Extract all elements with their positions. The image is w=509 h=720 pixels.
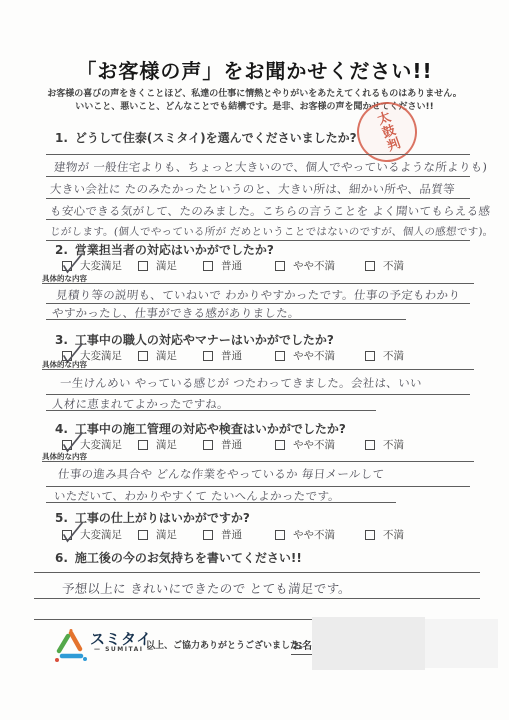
q2-handwritten-line-1: 見積り等の説明も、ていねいで わかりやすかったです。仕事の予定もわかり [55, 287, 461, 303]
customer-survey-form: 「お客様の声」をお聞かせください!! お客様の喜びの声をきくことほど、私達の仕事… [0, 0, 509, 720]
checkbox-unchecked[interactable] [365, 440, 375, 450]
checkbox-unchecked[interactable] [365, 261, 375, 271]
subtitle-line-1: お客様の喜びの声をきくことほど、私達の仕事に情熱とやりがいをあたえてくれるものは… [0, 88, 509, 101]
check-mark-icon [60, 520, 84, 544]
q5-option-very-satisfied[interactable]: 大変満足 [62, 527, 122, 542]
answer-rule [46, 303, 470, 304]
q2-option-dissatisfied[interactable]: 不満 [365, 258, 404, 273]
subtitle-line-2: いいこと、悪いこと、どんなことでも結構です。是非、お客様の声を聞かせてください!… [0, 101, 509, 114]
name-redaction-box [425, 619, 498, 668]
checkbox-unchecked[interactable] [203, 351, 213, 361]
checkbox-checked[interactable] [62, 261, 72, 271]
checkbox-checked[interactable] [62, 440, 72, 450]
form-subtitle: お客様の喜びの声をきくことほど、私達の仕事に情熱とやりがいをあたえてくれるものは… [0, 88, 509, 114]
question-4-text: 工事中の施工管理の対応や検査はいかがでしたか? [75, 422, 346, 436]
question-1-number: 1. [55, 131, 68, 145]
q4-option-dissatisfied[interactable]: 不満 [365, 437, 404, 452]
answer-rule [46, 198, 470, 199]
answer-rule [42, 369, 474, 370]
check-mark-icon [60, 251, 84, 275]
q2-rating-options: 大変満足 満足 普通 やや不満 不満 [0, 258, 509, 274]
answer-rule [46, 502, 396, 503]
question-6-text: 施工後の今のお気持ちを書いてください!! [75, 551, 302, 565]
q4-handwritten-line-1: 仕事の進み具合や どんな作業をやっているか 毎日メールして [57, 466, 385, 482]
question-1-text: どうして住泰(スミタイ)を選んでくださいましたか? [75, 131, 357, 145]
name-redaction-box [312, 617, 425, 670]
checkbox-unchecked[interactable] [275, 351, 285, 361]
checkbox-unchecked[interactable] [203, 440, 213, 450]
check-mark-icon [60, 430, 84, 454]
q5-option-somewhat-dissatisfied[interactable]: やや不満 [275, 527, 335, 542]
q4-option-satisfied[interactable]: 満足 [138, 437, 177, 452]
answer-rule [34, 572, 480, 573]
answer-rule [46, 154, 470, 155]
checkbox-unchecked[interactable] [275, 261, 285, 271]
question-6-number: 6. [55, 551, 68, 565]
checkbox-unchecked[interactable] [365, 351, 375, 361]
q2-option-somewhat-dissatisfied[interactable]: やや不満 [275, 258, 335, 273]
question-3: 3.工事中の職人の対応やマナーはいかがでしたか? [55, 331, 334, 348]
checkbox-unchecked[interactable] [365, 530, 375, 540]
answer-rule [46, 486, 470, 487]
q1-handwritten-line-3: も安心できる気がして、たのみました。こちらの言うことを よく聞いてもらえる感 [49, 203, 491, 219]
q5-rating-options: 大変満足 満足 普通 やや不満 不満 [0, 527, 509, 543]
sumitai-logo-icon [54, 629, 88, 665]
form-title: 「お客様の声」をお聞かせください!! [0, 55, 509, 84]
checkbox-unchecked[interactable] [138, 351, 148, 361]
checkbox-unchecked[interactable] [203, 261, 213, 271]
answer-rule [34, 598, 480, 599]
checkbox-unchecked[interactable] [275, 530, 285, 540]
q2-option-very-satisfied[interactable]: 大変満足 [62, 258, 122, 273]
q3-option-dissatisfied[interactable]: 不満 [365, 348, 404, 363]
checkbox-unchecked[interactable] [275, 440, 285, 450]
stamp-text: 太鼓判 [374, 110, 401, 154]
q2-option-neutral[interactable]: 普通 [203, 258, 242, 273]
q5-option-neutral[interactable]: 普通 [203, 527, 242, 542]
answer-rule [46, 319, 406, 320]
q1-handwritten-line-1: 建物が 一般住宅よりも、ちょっと大きいので、個人でやっているような所よりも) [53, 159, 488, 175]
q3-option-satisfied[interactable]: 満足 [138, 348, 177, 363]
q6-handwritten-line-1: 予想以上に きれいにできたので とても満足です。 [61, 579, 352, 597]
question-5: 5.工事の仕上がりはいかがですか? [55, 509, 250, 526]
checkbox-unchecked[interactable] [138, 440, 148, 450]
q4-option-somewhat-dissatisfied[interactable]: やや不満 [275, 437, 335, 452]
answer-rule [42, 461, 474, 462]
q5-option-dissatisfied[interactable]: 不満 [365, 527, 404, 542]
answer-rule [42, 283, 474, 284]
question-4: 4.工事中の施工管理の対応や検査はいかがでしたか? [55, 420, 346, 437]
q2-option-satisfied[interactable]: 満足 [138, 258, 177, 273]
question-5-text: 工事の仕上がりはいかがですか? [75, 511, 250, 525]
thanks-message: 以上、ご協力ありがとうございました。 [146, 638, 308, 651]
q3-option-neutral[interactable]: 普通 [203, 348, 242, 363]
answer-rule [46, 410, 376, 411]
checkbox-unchecked[interactable] [203, 530, 213, 540]
question-1: 1.どうして住泰(スミタイ)を選んでくださいましたか? [55, 129, 357, 146]
question-6: 6.施工後の今のお気持ちを書いてください!! [55, 549, 302, 566]
q4-option-neutral[interactable]: 普通 [203, 437, 242, 452]
answer-rule [46, 219, 470, 220]
q1-handwritten-line-2: 大きい会社に たのみたかったというのと、大きい所は、細かい所や、品質等 [49, 181, 455, 197]
q4-option-very-satisfied[interactable]: 大変満足 [62, 437, 122, 452]
checkbox-checked[interactable] [62, 530, 72, 540]
q5-option-satisfied[interactable]: 満足 [138, 527, 177, 542]
question-2-text: 営業担当者の対応はいかがでしたか? [75, 243, 274, 257]
checkbox-unchecked[interactable] [138, 530, 148, 540]
answer-rule [46, 176, 470, 177]
q3-option-somewhat-dissatisfied[interactable]: やや不満 [275, 348, 335, 363]
checkbox-unchecked[interactable] [138, 261, 148, 271]
q3-handwritten-line-1: 一生けんめい やっている感じが つたわってきました。会社は、いい [59, 375, 422, 391]
question-2: 2.営業担当者の対応はいかがでしたか? [55, 241, 274, 258]
q1-handwritten-line-4: じがします。(個人でやっている所が だめということではないのですが、個人の感想で… [49, 224, 494, 239]
answer-rule [46, 394, 470, 395]
question-3-text: 工事中の職人の対応やマナーはいかがでしたか? [75, 333, 334, 347]
